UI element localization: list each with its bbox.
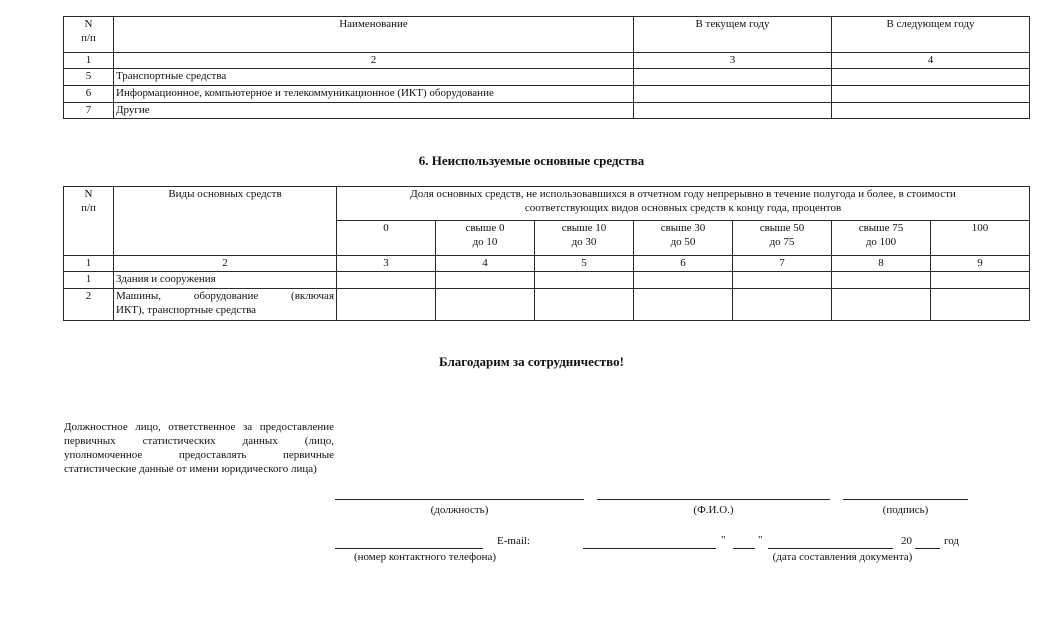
row-kind-line1: Машины, оборудование (включая [116, 289, 334, 303]
section-6-title: 6. Неиспользуемые основные средства [0, 153, 1063, 169]
responsible-person-label: Должностное лицо, ответственное за предо… [64, 420, 334, 476]
position-caption: (должность) [335, 504, 584, 516]
cell-value[interactable] [535, 272, 634, 289]
cell-next-year[interactable] [832, 69, 1030, 86]
year-suffix: год [944, 535, 959, 547]
colnum-2: 2 [114, 53, 634, 69]
row-num: 1 [64, 272, 114, 289]
fixed-assets-plan-table: N п/п Наименование В текущем году В след… [63, 16, 1030, 119]
range-label: до 100 [834, 235, 928, 249]
range-label: до 30 [537, 235, 631, 249]
cell-current-year[interactable] [634, 86, 832, 103]
header-num-line2: п/п [66, 201, 111, 215]
colnum-7: 7 [733, 256, 832, 272]
colnum-8: 8 [832, 256, 931, 272]
header-share-line2: соответствующих видов основных средств к… [339, 201, 1027, 215]
column-numbers-row: 1 2 3 4 [64, 53, 1030, 69]
table-header-row: N п/п Виды основных средств Доля основны… [64, 187, 1030, 221]
fio-caption: (Ф.И.О.) [597, 504, 830, 516]
cell-value[interactable] [931, 272, 1030, 289]
fio-field[interactable] [597, 499, 830, 500]
cell-value[interactable] [832, 272, 931, 289]
cell-value[interactable] [634, 272, 733, 289]
colnum-4: 4 [832, 53, 1030, 69]
colnum-1: 1 [64, 53, 114, 69]
row-num: 5 [64, 69, 114, 86]
colnum-4: 4 [436, 256, 535, 272]
range-label: до 50 [636, 235, 730, 249]
cell-current-year[interactable] [634, 69, 832, 86]
range-10-30: свыше 10 до 30 [535, 221, 634, 256]
range-label: до 10 [438, 235, 532, 249]
range-30-50: свыше 30 до 50 [634, 221, 733, 256]
cell-value[interactable] [832, 289, 931, 321]
header-num-line1: N [66, 17, 111, 31]
row-name: Другие [114, 103, 634, 119]
header-num-line2: п/п [66, 31, 111, 45]
range-label: свыше 10 [537, 221, 631, 235]
header-current-year: В текущем году [634, 17, 832, 53]
thanks-heading: Благодарим за сотрудничество! [0, 354, 1063, 370]
header-kinds: Виды основных средств [114, 187, 337, 256]
range-label: свыше 75 [834, 221, 928, 235]
range-label: свыше 50 [735, 221, 829, 235]
header-num: N п/п [64, 187, 114, 256]
email-field[interactable] [583, 548, 716, 549]
table-row: 7 Другие [64, 103, 1030, 119]
range-label: 100 [933, 221, 1027, 235]
table-row: 2 Машины, оборудование (включая ИКТ), тр… [64, 289, 1030, 321]
cell-value[interactable] [931, 289, 1030, 321]
range-0-10: свыше 0 до 10 [436, 221, 535, 256]
cell-value[interactable] [733, 272, 832, 289]
day-field[interactable] [733, 548, 755, 549]
colnum-3: 3 [337, 256, 436, 272]
phone-caption: (номер контактного телефона) [335, 551, 515, 563]
cell-value[interactable] [337, 272, 436, 289]
table-header-row: N п/п Наименование В текущем году В след… [64, 17, 1030, 53]
row-num: 6 [64, 86, 114, 103]
cell-value[interactable] [436, 289, 535, 321]
row-kind: Здания и сооружения [114, 272, 337, 289]
table-row: 1 Здания и сооружения [64, 272, 1030, 289]
column-numbers-row: 1 2 3 4 5 6 7 8 9 [64, 256, 1030, 272]
cell-value[interactable] [337, 289, 436, 321]
header-num: N п/п [64, 17, 114, 53]
header-name: Наименование [114, 17, 634, 53]
unused-fixed-assets-table: N п/п Виды основных средств Доля основны… [63, 186, 1030, 321]
phone-field[interactable] [335, 548, 483, 549]
range-label: 0 [339, 221, 433, 235]
cell-value[interactable] [634, 289, 733, 321]
colnum-5: 5 [535, 256, 634, 272]
row-name: Транспортные средства [114, 69, 634, 86]
month-field[interactable] [768, 548, 893, 549]
range-label: свыше 30 [636, 221, 730, 235]
colnum-9: 9 [931, 256, 1030, 272]
range-0: 0 [337, 221, 436, 256]
position-field[interactable] [335, 499, 584, 500]
range-50-75: свыше 50 до 75 [733, 221, 832, 256]
header-share-line1: Доля основных средств, не использовавших… [339, 187, 1027, 201]
range-label: свыше 0 [438, 221, 532, 235]
cell-current-year[interactable] [634, 103, 832, 119]
signature-caption: (подпись) [843, 504, 968, 516]
email-label: E-mail: [497, 535, 530, 547]
colnum-1: 1 [64, 256, 114, 272]
table-row: 5 Транспортные средства [64, 69, 1030, 86]
cell-next-year[interactable] [832, 86, 1030, 103]
cell-value[interactable] [436, 272, 535, 289]
cell-next-year[interactable] [832, 103, 1030, 119]
year-prefix: 20 [901, 535, 912, 547]
colnum-2: 2 [114, 256, 337, 272]
table-row: 6 Информационное, компьютерное и телеком… [64, 86, 1030, 103]
row-num: 2 [64, 289, 114, 321]
year-field[interactable] [915, 548, 940, 549]
signature-field[interactable] [843, 499, 968, 500]
cell-value[interactable] [535, 289, 634, 321]
row-num: 7 [64, 103, 114, 119]
row-kind-line2: ИКТ), транспортные средства [116, 303, 334, 317]
cell-value[interactable] [733, 289, 832, 321]
range-75-100: свыше 75 до 100 [832, 221, 931, 256]
range-100: 100 [931, 221, 1030, 256]
colnum-3: 3 [634, 53, 832, 69]
quote-close: " [758, 534, 763, 546]
quote-open: " [721, 534, 726, 546]
date-caption: (дата составления документа) [745, 551, 940, 563]
colnum-6: 6 [634, 256, 733, 272]
row-name: Информационное, компьютерное и телекомму… [114, 86, 634, 103]
header-share: Доля основных средств, не использовавших… [337, 187, 1030, 221]
header-num-line1: N [66, 187, 111, 201]
header-next-year: В следующем году [832, 17, 1030, 53]
range-label: до 75 [735, 235, 829, 249]
row-kind: Машины, оборудование (включая ИКТ), тран… [114, 289, 337, 321]
